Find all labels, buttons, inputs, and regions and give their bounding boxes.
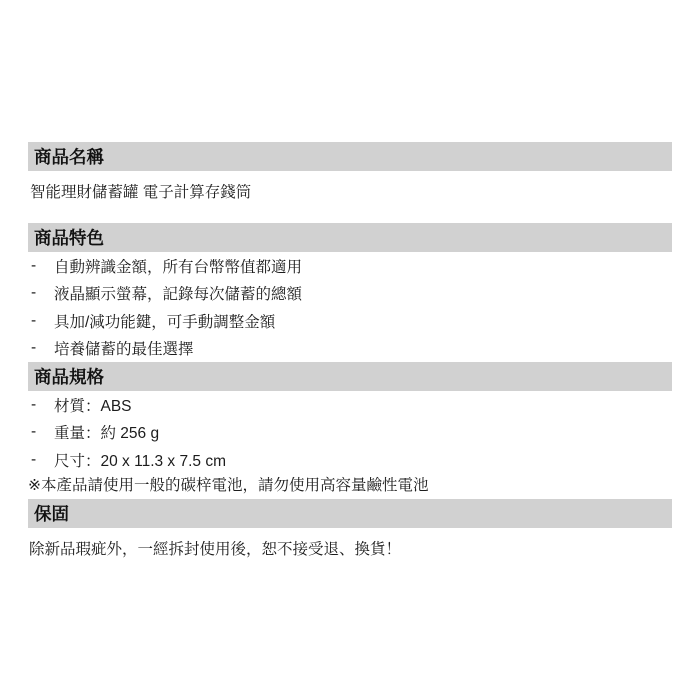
section-header-specs: 商品規格 xyxy=(28,362,672,391)
list-item: - 重量：約 256 g xyxy=(28,419,672,447)
feature-text: 自動辨識金額，所有台幣幣值都適用 xyxy=(54,255,302,277)
product-name-text: 智能理財儲蓄罐 電子計算存錢筒 xyxy=(30,184,672,202)
bullet-dash: - xyxy=(28,284,54,302)
bullet-dash: - xyxy=(28,451,54,469)
bullet-dash: - xyxy=(28,423,54,441)
spec-text-weight: 重量：約 256 g xyxy=(54,421,159,443)
section-header-product-name-label: 商品名稱 xyxy=(34,144,104,169)
section-header-features-label: 商品特色 xyxy=(34,225,104,250)
spec-text-material: 材質：ABS xyxy=(54,394,132,416)
section-header-specs-label: 商品規格 xyxy=(34,364,104,389)
bullet-dash: - xyxy=(28,339,54,357)
list-item: - 液晶顯示螢幕，記錄每次儲蓄的總額 xyxy=(28,280,672,308)
list-item: - 具加/減功能鍵，可手動調整金額 xyxy=(28,307,672,335)
section-header-product-name: 商品名稱 xyxy=(28,142,672,171)
spec-text-dimensions: 尺寸：20 x 11.3 x 7.5 cm xyxy=(54,449,226,471)
list-item: - 自動辨識金額，所有台幣幣值都適用 xyxy=(28,252,672,280)
feature-text: 具加/減功能鍵，可手動調整金額 xyxy=(54,310,275,332)
section-header-warranty-label: 保固 xyxy=(34,501,69,526)
list-item: - 培養儲蓄的最佳選擇 xyxy=(28,335,672,363)
list-item: - 材質：ABS xyxy=(28,391,672,419)
specs-list: - 材質：ABS - 重量：約 256 g - 尺寸：20 x 11.3 x 7… xyxy=(28,391,672,474)
list-item: - 尺寸：20 x 11.3 x 7.5 cm xyxy=(28,446,672,474)
section-header-warranty: 保固 xyxy=(28,499,672,528)
feature-text: 培養儲蓄的最佳選擇 xyxy=(54,337,194,359)
feature-text: 液晶顯示螢幕，記錄每次儲蓄的總額 xyxy=(54,282,302,304)
battery-note-text: ※本產品請使用一般的碳梓電池，請勿使用高容量鹼性電池 xyxy=(28,476,672,496)
warranty-text: 除新品瑕疵外，一經拆封使用後，恕不接受退、換貨！ xyxy=(29,540,672,559)
bullet-dash: - xyxy=(28,257,54,275)
section-header-features: 商品特色 xyxy=(28,223,672,252)
features-list: - 自動辨識金額，所有台幣幣值都適用 - 液晶顯示螢幕，記錄每次儲蓄的總額 - … xyxy=(28,252,672,362)
bullet-dash: - xyxy=(28,396,54,414)
bullet-dash: - xyxy=(28,312,54,330)
product-description-page: 商品名稱 智能理財儲蓄罐 電子計算存錢筒 商品特色 - 自動辨識金額，所有台幣幣… xyxy=(0,0,700,700)
